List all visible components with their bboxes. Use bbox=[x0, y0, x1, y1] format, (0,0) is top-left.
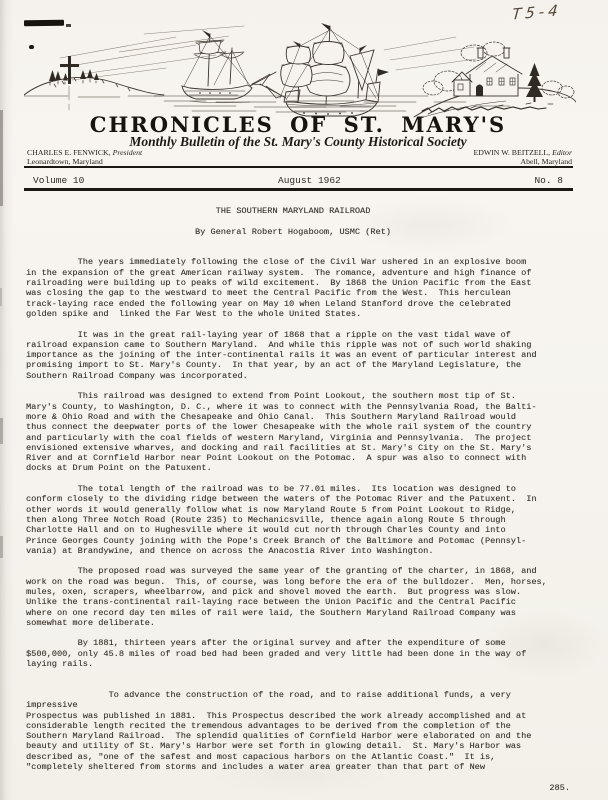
article-byline: By General Robert Hogaboom, USMC (Ret) bbox=[26, 227, 560, 237]
divider-rule-top bbox=[24, 166, 573, 168]
page-number: 285. bbox=[549, 783, 570, 793]
scan-edge-artifact bbox=[0, 418, 3, 444]
paragraph: The total length of the railroad was to … bbox=[26, 484, 560, 556]
paragraph: This railroad was designed to extend fro… bbox=[26, 391, 560, 473]
editor-name: EDWIN W. BEITZELL, bbox=[473, 148, 550, 157]
ship-dove-drawing bbox=[182, 30, 276, 99]
volume-label: Volume 10 bbox=[33, 175, 84, 186]
president-title: President bbox=[113, 148, 143, 157]
issue-date: August 1962 bbox=[278, 175, 341, 186]
scan-edge-artifact bbox=[0, 288, 2, 306]
issue-number: No. 8 bbox=[534, 175, 563, 186]
paragraph: By 1881, thirteen years after the origin… bbox=[26, 638, 560, 669]
header-illustration bbox=[24, 22, 576, 118]
president-block: CHARLES E. FENWICK, President Leonardtow… bbox=[27, 149, 142, 167]
scan-edge-artifact bbox=[0, 536, 3, 558]
sky-rays-drawing bbox=[60, 26, 476, 80]
issue-info-row: Volume 10 August 1962 No. 8 bbox=[33, 175, 563, 186]
article-body: THE SOUTHERN MARYLAND RAILROAD By Genera… bbox=[26, 206, 560, 793]
paragraph-text: To advance the construction of the road,… bbox=[26, 690, 531, 772]
cross-on-hill-drawing bbox=[24, 56, 164, 110]
article-title: THE SOUTHERN MARYLAND RAILROAD bbox=[26, 206, 560, 216]
paragraph: The proposed road was surveyed the same … bbox=[26, 566, 560, 628]
handwritten-annotation: T5-4 bbox=[511, 0, 592, 24]
paragraph: It was in the great rail-laying year of … bbox=[26, 330, 560, 381]
manor-house-drawing bbox=[414, 42, 576, 118]
newsletter-page: T5-4 bbox=[0, 0, 608, 800]
paragraph: The years immediately following the clos… bbox=[26, 257, 560, 319]
president-name: CHARLES E. FENWICK, bbox=[27, 148, 111, 157]
masthead-officers: CHARLES E. FENWICK, President Leonardtow… bbox=[27, 149, 572, 167]
paragraph: To advance the construction of the road,… bbox=[26, 680, 560, 793]
editor-block: EDWIN W. BEITZELL, Editor Abell, Marylan… bbox=[473, 149, 572, 167]
divider-rule-bottom bbox=[24, 188, 573, 191]
editor-title: Editor bbox=[552, 148, 572, 157]
